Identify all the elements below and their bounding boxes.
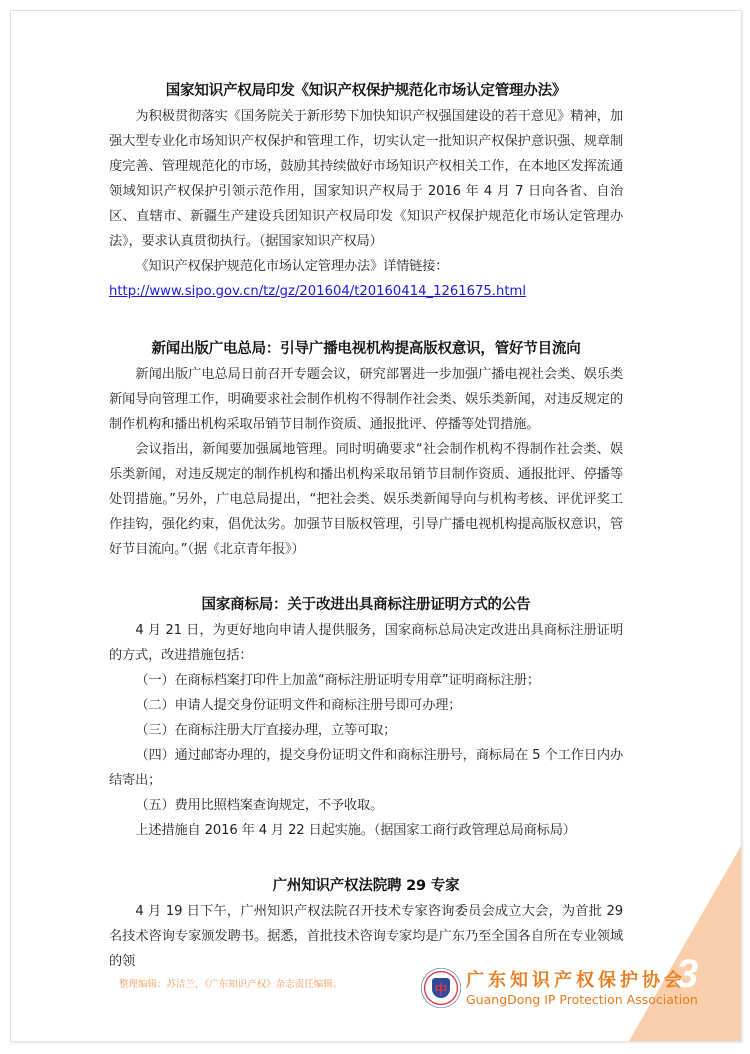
- article-closing: 上述措施自 2016 年 4 月 22 日起实施。（据国家工商行政管理总局商标局…: [109, 818, 623, 843]
- article-title: 国家商标局：关于改进出具商标注册证明方式的公告: [109, 592, 623, 618]
- article-intro: 4 月 21 日，为更好地向申请人提供服务，国家商标总局决定改进出具商标注册证明…: [109, 618, 623, 668]
- measure-item: （三）在商标注册大厅直接办理，立等可取；: [109, 718, 623, 743]
- article-guangzhou-ip-court: 广州知识产权法院聘 29 专家 4 月 19 日下午，广州知识产权法院召开技术专…: [109, 873, 623, 974]
- article-sipo: 国家知识产权局印发《知识产权保护规范化市场认定管理办法》 为积极贯彻落实《国务院…: [109, 78, 623, 304]
- page-content: 国家知识产权局印发《知识产权保护规范化市场认定管理办法》 为积极贯彻落实《国务院…: [109, 78, 623, 974]
- association-name-cn: 广东知识产权保护协会: [466, 966, 686, 992]
- article-title: 新闻出版广电总局：引导广播电视机构提高版权意识，管好节目流向: [109, 336, 623, 362]
- article-title: 广州知识产权法院聘 29 专家: [109, 873, 623, 899]
- measure-item: （二）申请人提交身份证明文件和商标注册号即可办理；: [109, 693, 623, 718]
- article-trademark-office: 国家商标局：关于改进出具商标注册证明方式的公告 4 月 21 日，为更好地向申请…: [109, 592, 623, 843]
- measure-item: （四）通过邮寄办理的，提交身份证明文件和商标注册号，商标局在 5 个工作日内办结…: [109, 743, 623, 793]
- article-paragraph: 4 月 19 日下午，广州知识产权法院召开技术专家咨询委员会成立大会，为首批 2…: [109, 899, 623, 974]
- measure-item: （五）费用比照档案查询规定，不予收取。: [109, 793, 623, 818]
- association-name-en: GuangDong IP Protection Association: [466, 992, 698, 1007]
- association-logo-icon: 中: [421, 968, 461, 1008]
- article-title: 国家知识产权局印发《知识产权保护规范化市场认定管理办法》: [109, 78, 623, 104]
- shield-icon: 中: [432, 978, 450, 998]
- article-paragraph: 为积极贯彻落实《国务院关于新形势下加快知识产权强国建设的若干意见》精神，加强大型…: [109, 104, 623, 254]
- page-number: 3: [676, 952, 698, 997]
- article-paragraph: 《知识产权保护规范化市场认定管理办法》详情链接：: [109, 254, 623, 279]
- measure-item: （一）在商标档案打印件上加盖“商标注册证明专用章”证明商标注册；: [109, 668, 623, 693]
- corner-decoration: [629, 846, 741, 1041]
- article-sapprft: 新闻出版广电总局：引导广播电视机构提高版权意识，管好节目流向 新闻出版广电总局日…: [109, 336, 623, 562]
- editor-credit: 整理编辑：苏洁兰，《广东知识产权》杂志责任编辑。: [119, 976, 342, 990]
- article-paragraph: 新闻出版广电总局日前召开专题会议，研究部署进一步加强广播电视社会类、娱乐类新闻导…: [109, 362, 623, 437]
- article-paragraph: 会议指出，新闻要加强属地管理。同时明确要求“社会制作机构不得制作社会类、娱乐类新…: [109, 437, 623, 562]
- detail-link[interactable]: http://www.sipo.gov.cn/tz/gz/201604/t201…: [109, 279, 623, 304]
